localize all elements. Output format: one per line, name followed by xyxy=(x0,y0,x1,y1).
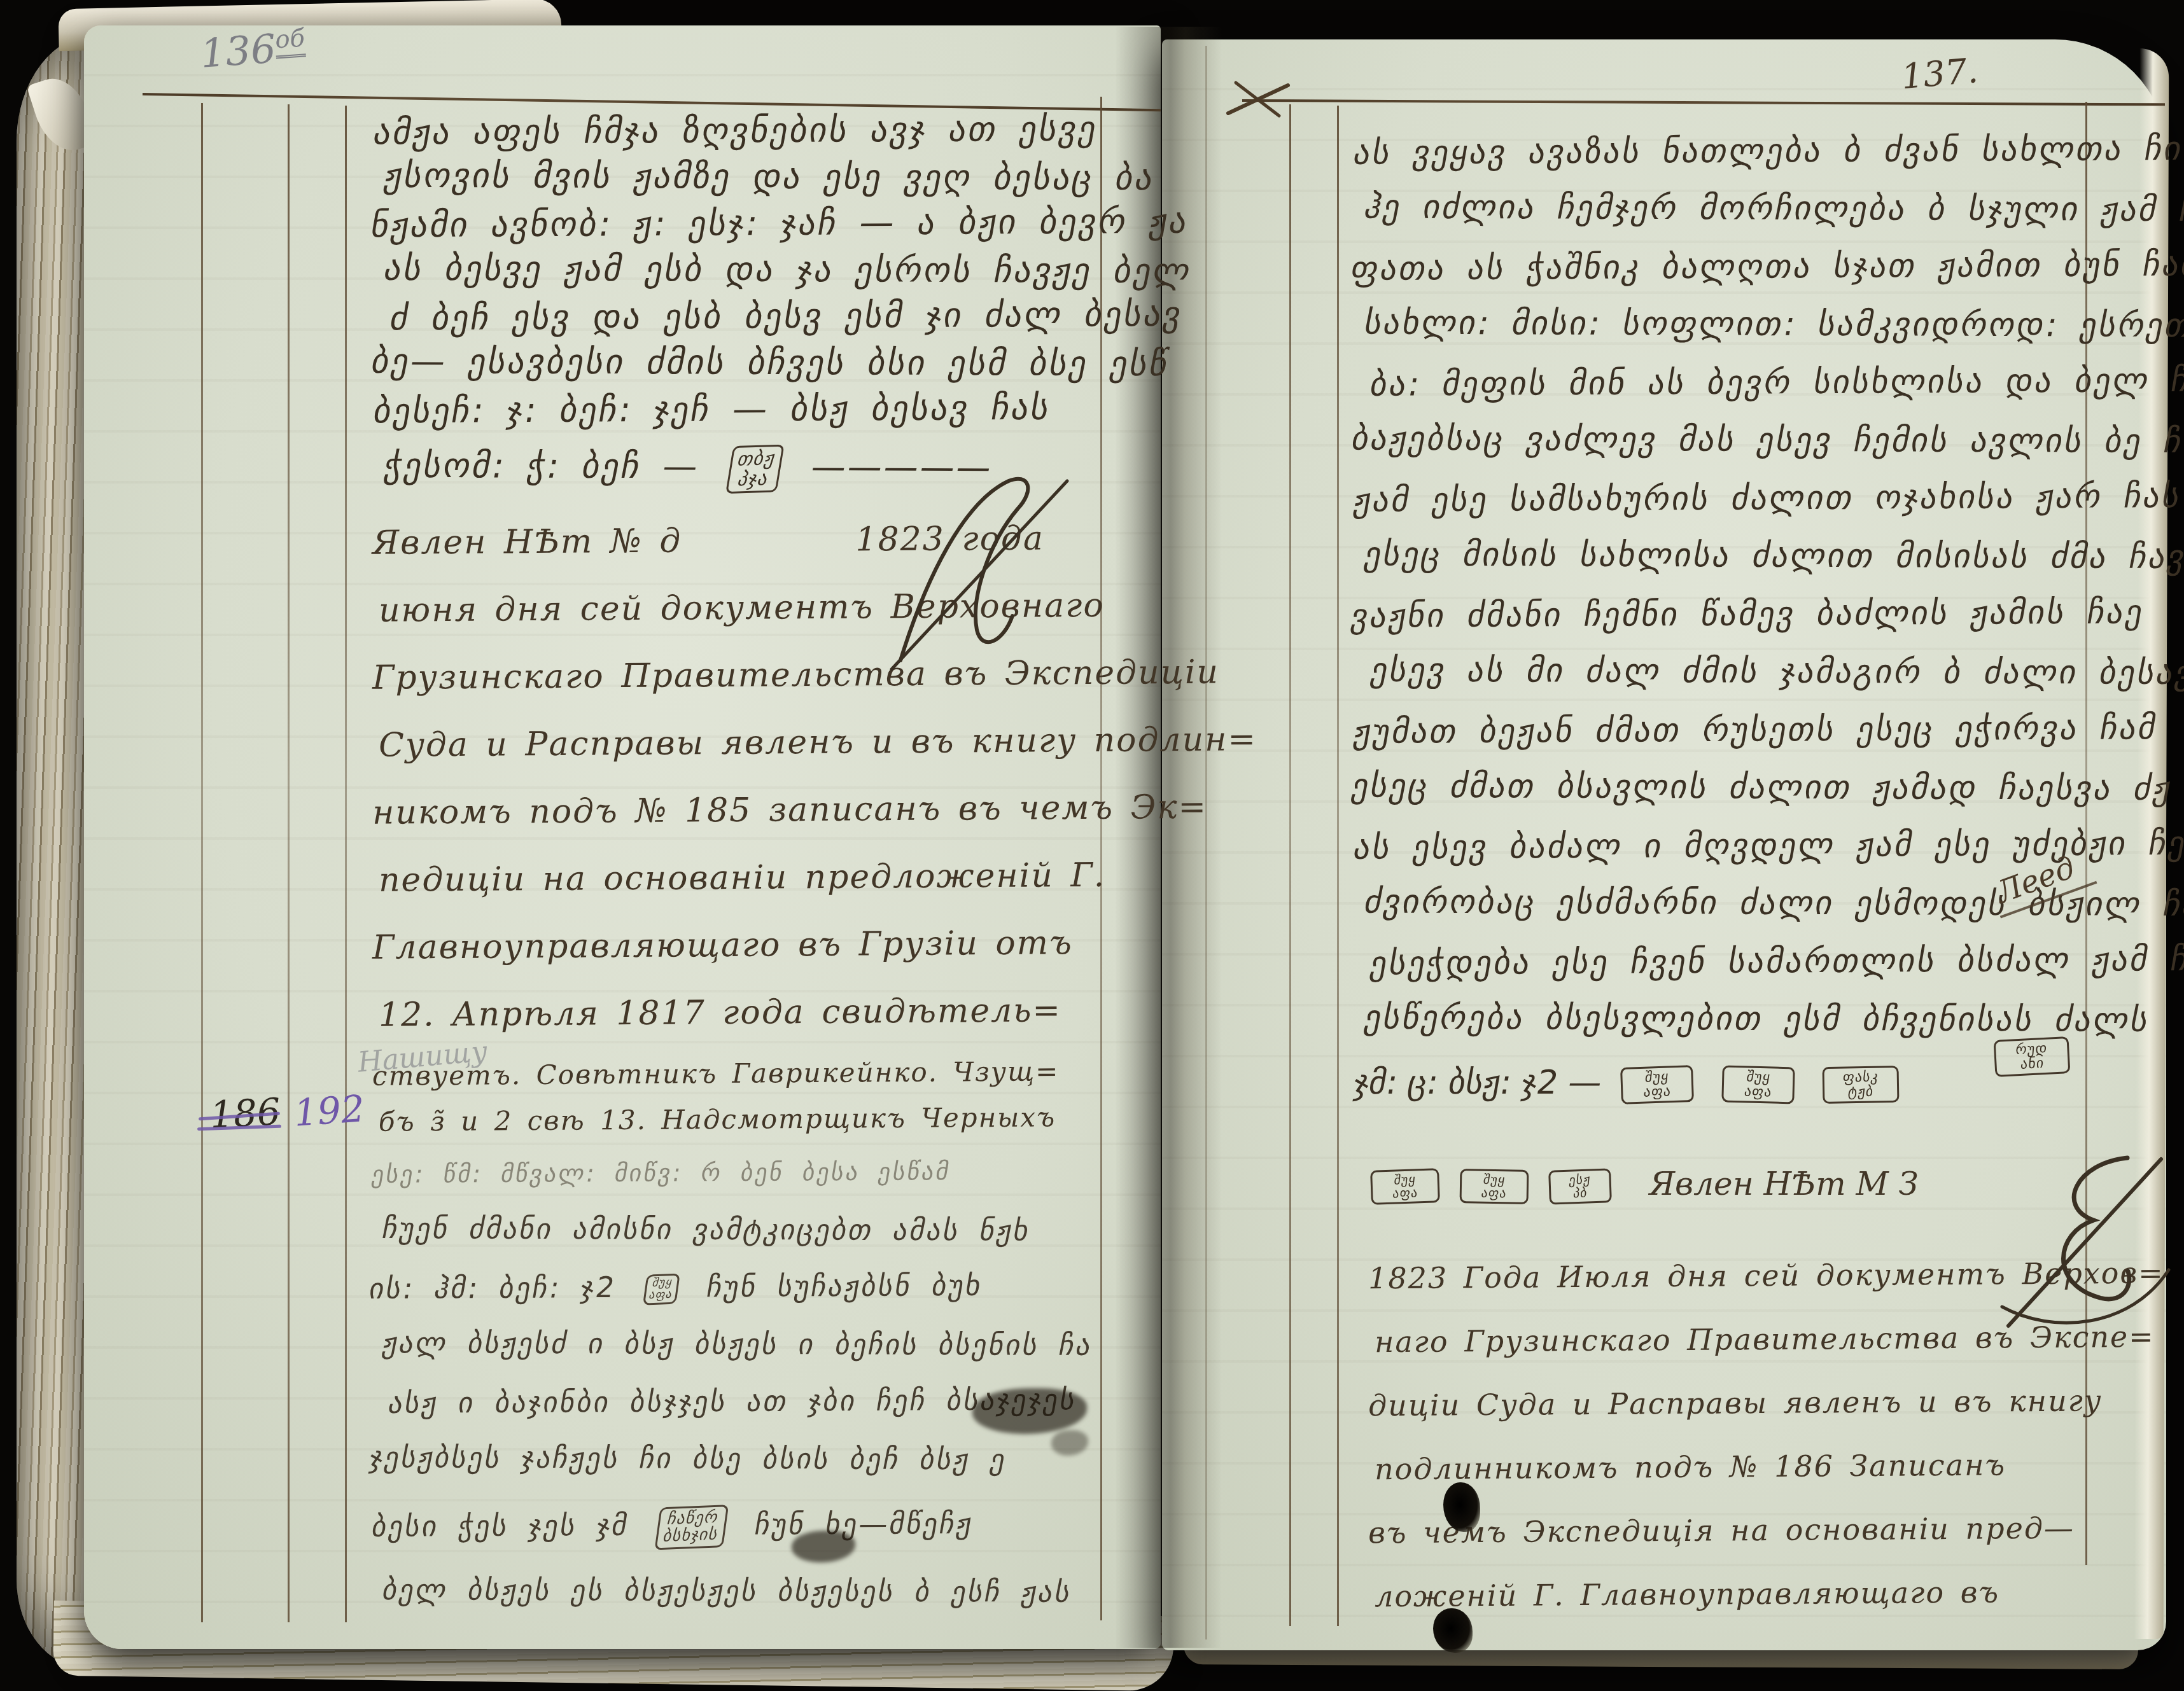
handwritten-line: ჯესჟბსეს ჯაჩჟეს ჩი ბსე ბსის ბეჩ ბსჟ ე xyxy=(364,1429,1098,1489)
stamp-text: ანი xyxy=(2001,1055,2064,1073)
stamp-text: ტჟბ xyxy=(1829,1084,1893,1100)
stamp-text: ბსხჯის xyxy=(661,1526,720,1546)
line-text: ბესი ჭეს ჯეს ჯმ xyxy=(369,1508,632,1543)
russian-attestation-left: Явлен НѢт № д 1823 года июня дня сей док… xyxy=(372,506,1257,1046)
attestation-line: июня дня сей документъ Верховнаго xyxy=(379,571,1257,644)
handwritten-line: ესეც ძმათ ბსავლის ძალით ჟამად ჩაესვა ძჟ xyxy=(1346,757,2184,818)
handwritten-line: ძ ბეჩ ესვ და ესბ ბესვ ესმ ჯი ძალ ბესავ xyxy=(386,291,1196,342)
handwritten-line: ჟსოვის მვის ჟამზე და ესე ვეღ ბესაც ბა xyxy=(380,152,1196,201)
handwritten-line: ფათა ას ჭაშნიკ ბალღთა სჯათ ჟამით ბუნ ჩაძ xyxy=(1347,235,2184,298)
margin-rule xyxy=(1337,106,1339,1626)
handwritten-line-with-stamp: ის: ჰმ: ბეჩ: ჯ2 შუყ აფა ჩუნ სუჩაჟბსნ ბუხ xyxy=(365,1256,1098,1318)
margin-rule xyxy=(345,106,347,1622)
handwritten-line: ჟამ ესე სამსახურის ძალით ოჯახისა ჟარ ჩას xyxy=(1349,467,2184,530)
handwritten-line: ნჟამი ავნობ: ჟ: ესჯ: ჯაჩ — ა ბჟი ბევრ ჟა xyxy=(367,198,1196,249)
stamp-box: ჩაწერ ბსხჯის xyxy=(654,1505,729,1550)
handwritten-line-with-stamp: ბესი ჭეს ჯეს ჯმ ჩაწერ ბსხჯის ჩუნ ხე—მწეჩ… xyxy=(365,1486,1100,1564)
stamp-text: აფა xyxy=(1466,1186,1522,1200)
stamp-row-2: შუყ აფა შუყ აფა ესჟ პბ Явлен НѢт М З xyxy=(1366,1166,1919,1204)
stamp-row-1: ჯმ: ც: ბსჟ: ჯ2 — შუყ აფა შუყ აფა ფასკ ტჟ… xyxy=(1354,1064,1908,1103)
stamp-box: შუყ აფა xyxy=(1370,1168,1440,1205)
handwritten-line: ბა: მეფის მინ ას ბევრ სისხლისა და ბელ ჩ … xyxy=(1366,351,2184,414)
handwritten-line: ჟალ ბსჟესძ ი ბსჟ ბსჟეს ი ბეჩის ბსენის ჩა xyxy=(377,1314,1098,1374)
handwritten-line: ბაჟებსაც ვაძლევ მას ესევ ჩემის ავლის ბე … xyxy=(1346,410,2184,471)
attestation-line: Грузинскаго Правительства въ Экспедицiи xyxy=(372,638,1257,712)
stamp-text: აფა xyxy=(647,1289,674,1302)
stamp-text: პბ xyxy=(1555,1186,1605,1201)
stamp-text: აფა xyxy=(1628,1083,1688,1100)
margin-rule xyxy=(1289,104,1291,1626)
attestation-line: педицiи на основанiи предложенiй Г. xyxy=(379,840,1257,914)
stamp-text: თბჟ xyxy=(735,449,778,470)
handwritten-line-faint: ესე: წმ: მწვალ: მიწვ: რ ბენ ბესა ესწამ xyxy=(367,1142,1098,1203)
line-text: ჭესომ: ჭ: ბეჩ — xyxy=(381,445,703,487)
handwritten-line: ესეც მისის სახლისა ძალით მისისას ძმა ჩავ… xyxy=(1359,526,2184,587)
attestation-line: 12. Апрѣля 1817 года свидѣтель= xyxy=(379,975,1257,1049)
notary-paraph-right xyxy=(1997,1140,2175,1331)
handwritten-line: ჟუმათ ბეჟან ძმათ რუსეთს ესეც ეჭირვა ჩამ xyxy=(1349,699,2184,762)
rule-end-flourish xyxy=(1223,71,1293,122)
notary-paraph-left xyxy=(881,463,1072,673)
attestation-line: ложенiй Г. Главноуправляющаго въ xyxy=(1375,1559,2164,1629)
handwritten-line: ბესეჩ: ჯ: ბეჩ: ჯეჩ — ბსჟ ბესავ ჩას xyxy=(370,384,1196,435)
handwritten-line: ჩუენ ძმანი ამისნი ვამტკიცებთ ამას ნჟხ xyxy=(377,1200,1098,1260)
page-number-left-suffix: об xyxy=(274,24,306,59)
stamp-box-upper: რუდ ანი xyxy=(1994,1036,2071,1077)
handwritten-line: ბე— ესავბესი ძმის ბჩვეს ბსი ესმ ბსე ესწ xyxy=(367,338,1196,387)
attestation-line: Главноуправляющаго въ Грузiи отъ xyxy=(372,908,1257,982)
stamp-box: შუყ აფა xyxy=(1459,1169,1529,1204)
attestation-heading-line: Явлен НѢт № д 1823 года xyxy=(372,503,1257,577)
handwritten-line: ესევ ას მი ძალ ძმის ჯამაგირ ბ ძალი ბესავ… xyxy=(1365,642,2184,703)
stamp-text: შუყ xyxy=(1627,1069,1687,1085)
georgian-text-block-b: ესე: წმ: მწვალ: მიწვ: რ ბენ ბესა ესწამ ჩ… xyxy=(372,1144,1093,1620)
stamp-text: აფა xyxy=(1377,1185,1433,1200)
handwritten-line: ამჟა აფეს ჩმჯა ზღვნების ავჯ ათ ესვე xyxy=(370,105,1196,156)
line-text: ჩუნ სუჩაჟბსნ ბუხ xyxy=(704,1269,986,1304)
handwritten-line: სახლი: მისი: სოფლით: სამკვიდროდ: ესრეთ ჩ… xyxy=(1359,295,2184,356)
page-number-left: 136об xyxy=(199,23,307,76)
attestation-line: Суда и Расправы явленъ и въ книгу подлин… xyxy=(379,706,1257,779)
stamp-box: ესჟ პბ xyxy=(1548,1168,1612,1204)
line-text: ის: ჰმ: ბეჩ: ჯ2 xyxy=(367,1270,619,1305)
line-text: ჩუნ ხე—მწეჩჟ xyxy=(752,1507,976,1541)
stamp-box: თბჟ პჯა xyxy=(725,444,785,493)
margin-rule xyxy=(201,103,203,1622)
attestation-heading: Явлен НѢт М З xyxy=(1649,1166,1919,1202)
stamp-text: აფა xyxy=(1728,1084,1789,1100)
line-text: ჯმ: ც: ბსჟ: ჯ2 — xyxy=(1351,1064,1605,1102)
handwritten-line: ას ბესვე ჟამ ესბ და ჯა ესროს ჩავჟე ბელ xyxy=(380,245,1196,294)
stamp-text: შუყ xyxy=(1728,1069,1789,1085)
signature-line: бъ з̃ и 2 свѣ 13. Надсмотрщикъ Черныхъ xyxy=(379,1094,1060,1145)
page-number-right: 137. xyxy=(1900,50,1979,97)
handwritten-line: ესეჭდება ესე ჩვენ სამართლის ბსძალ ჟამ ჩ xyxy=(1366,930,2184,992)
stamp-text: პჯა xyxy=(732,468,775,489)
handwritten-line: ბელ ბსჟეს ეს ბსჟესჟეს ბსჟესეს ბ ესჩ ჟას xyxy=(377,1561,1098,1621)
stamp-box: შუყ აფა xyxy=(1721,1065,1795,1104)
handwritten-line-with-stamp: ჭესომ: ჭ: ბეჩ — თბჟ პჯა ————— xyxy=(378,431,1199,503)
handwritten-line: ას ვეყავ ავაზას ნათლება ბ ძვან სახლთა ჩი… xyxy=(1349,120,2184,183)
manuscript-scan: 136об ამჟა აფეს ჩმჯა ზღვნების ავჯ ათ ესვ… xyxy=(0,0,2184,1691)
stamp-box: ფასკ ტჟბ xyxy=(1823,1066,1900,1104)
handwritten-line: ჰე იძლია ჩემჯერ მორჩილება ბ სჯული ჟამ ჩ xyxy=(1359,179,2184,240)
stamp-box: შუყ აფა xyxy=(1620,1065,1694,1104)
attestation-line: въ чемъ Экспедицiя на основанiи пред— xyxy=(1368,1496,2164,1565)
stamp-box: შუყ აფა xyxy=(643,1274,680,1305)
georgian-text-block-right: ას ვეყავ ავაზას ნათლება ბ ძვან სახლთა ჩი… xyxy=(1354,122,2184,1048)
margin-number-new: 192 xyxy=(293,1087,366,1135)
georgian-text-block-a: ამჟა აფეს ჩმჯა ზღვნების ავჯ ათ ესვე ჟსოვ… xyxy=(374,107,1192,502)
stamp-text: ფასკ xyxy=(1829,1069,1893,1085)
attestation-heading: Явлен НѢт № д xyxy=(372,522,682,562)
margin-rule xyxy=(288,104,290,1622)
attestation-line: подлинникомъ подъ № 186 Записанъ xyxy=(1375,1432,2164,1501)
attestation-line: никомъ подъ № 185 записанъ въ чемъ Эк= xyxy=(372,773,1257,847)
handwritten-line: ვაჟნი ძმანი ჩემნი წამევ ბაძლის ჟამის ჩაე xyxy=(1347,583,2184,646)
attestation-line: дицiи Суда и Расправы явленъ и въ книгу xyxy=(1368,1368,2164,1438)
page-number-left-main: 136 xyxy=(199,25,277,77)
